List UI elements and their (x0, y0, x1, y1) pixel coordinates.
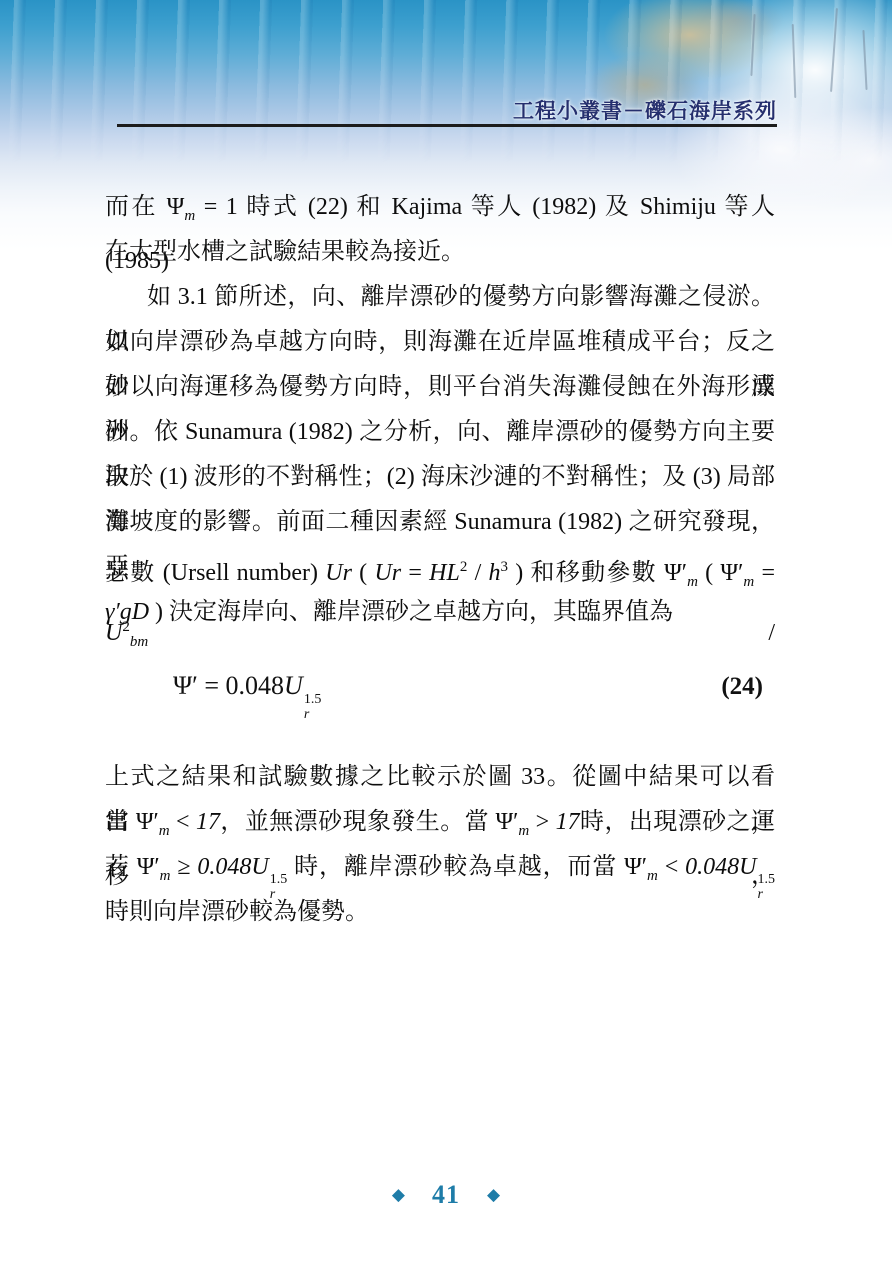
equation-24: Ψ′ = 0.048U1.5r (24) (105, 663, 775, 722)
body-line: 上式之結果和試驗數據之比較示於圖 33。從圖中結果可以看出， (105, 755, 775, 800)
page-footer: ◆ 41 ◆ (0, 1180, 892, 1210)
equation-number: (24) (721, 664, 775, 709)
body-line: 洲。依 Sunamura (1982) 之分析，向、離岸漂砂的優勢方向主要取 (105, 410, 775, 455)
page-number: 41 (432, 1180, 460, 1210)
body-line: 而在 Ψm = 1 時式 (22) 和 Kajima 等人 (1982) 及 S… (105, 185, 775, 230)
series-title: 工程小叢書－礫石海岸系列 (513, 95, 777, 125)
body-text: 而在 Ψm = 1 時式 (22) 和 Kajima 等人 (1982) 及 S… (105, 185, 775, 635)
body-line: 如 3.1 節所述，向、離岸漂砂的優勢方向影響海灘之侵淤。如 (105, 275, 775, 320)
equation-expression: Ψ′ = 0.048U1.5r (105, 663, 321, 722)
diamond-icon: ◆ (487, 1187, 500, 1204)
sea-waves-texture (0, 0, 892, 165)
body-line: 以向岸漂砂為卓越方向時，則海灘在近岸區堆積成平台；反之如漂 (105, 320, 775, 365)
body-line: 決於 (1) 波形的不對稱性；(2) 海床沙漣的不對稱性；及 (3) 局部海 (105, 455, 775, 500)
body-line: 在大型水槽之試驗結果較為接近。 (105, 230, 775, 275)
body-line: 瑟數 (Ursell number) Ur ( Ur = HL2 / h3 ) … (105, 545, 775, 590)
body-text-continued: 上式之結果和試驗數據之比較示於圖 33。從圖中結果可以看出， 當 Ψ′m < 1… (105, 755, 775, 935)
body-line: 若 Ψ′m ≥ 0.048U1.5r 時，離岸漂砂較為卓越，而當 Ψ′m < 0… (105, 845, 775, 890)
body-line: 灘坡度的影響。前面二種因素經 Sunamura (1982) 之研究發現，亞 (105, 500, 775, 545)
body-line: 砂以向海運移為優勢方向時，則平台消失海灘侵蝕在外海形成砂 (105, 365, 775, 410)
body-line: 當 Ψ′m < 17，並無漂砂現象發生。當 Ψ′m > 17時，出現漂砂之運移， (105, 800, 775, 845)
diamond-icon: ◆ (392, 1187, 405, 1204)
document-page: 工程小叢書－礫石海岸系列 而在 Ψm = 1 時式 (22) 和 Kajima … (0, 0, 892, 1275)
